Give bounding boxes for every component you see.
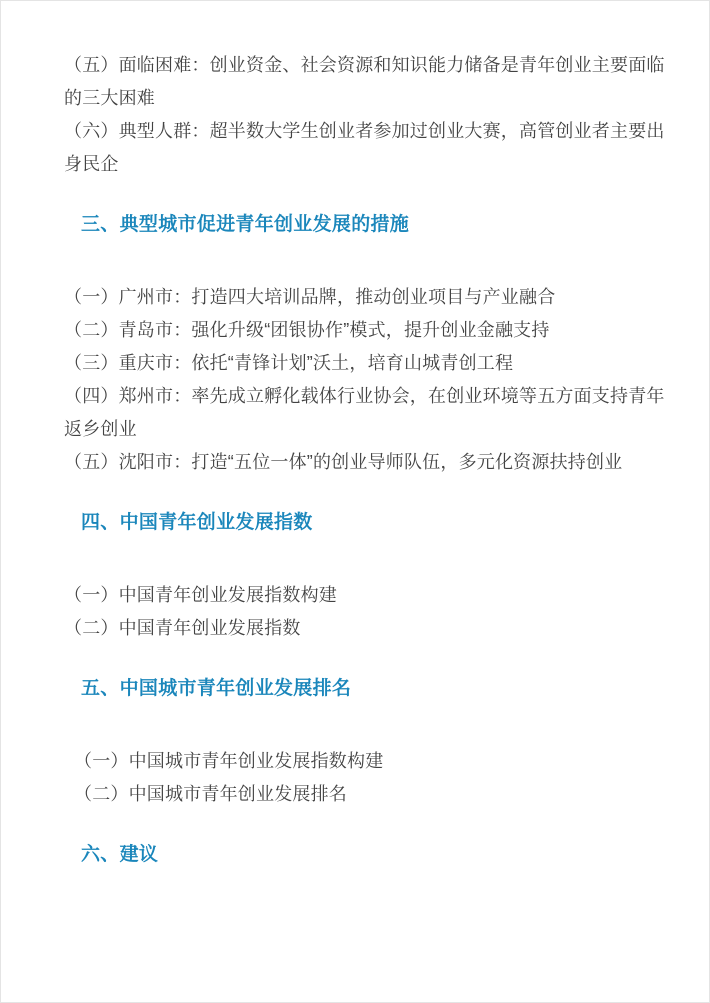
toc-item: （一）中国青年创业发展指数构建 bbox=[64, 579, 665, 612]
toc-item: （一）广州市：打造四大培训品牌，推动创业项目与产业融合 bbox=[64, 281, 665, 314]
toc-item: （五）沈阳市：打造“五位一体”的创业导师队伍，多元化资源扶持创业 bbox=[64, 446, 665, 479]
section-heading-6: 六、建议 bbox=[64, 841, 665, 869]
toc-item: （一）中国城市青年创业发展指数构建 bbox=[64, 745, 665, 778]
toc-content: （五）面临困难：创业资金、社会资源和知识能力储备是青年创业主要面临的三大困难 （… bbox=[1, 1, 709, 1002]
section-items-4: （一）中国青年创业发展指数构建 （二）中国青年创业发展指数 bbox=[64, 579, 665, 645]
toc-item: （二）青岛市：强化升级“团银协作”模式，提升创业金融支持 bbox=[64, 314, 665, 347]
toc-item: （二）中国青年创业发展指数 bbox=[64, 612, 665, 645]
section-items-3: （一）广州市：打造四大培训品牌，推动创业项目与产业融合 （二）青岛市：强化升级“… bbox=[64, 281, 665, 479]
toc-item: （二）中国城市青年创业发展排名 bbox=[64, 778, 665, 811]
document-page: （五）面临困难：创业资金、社会资源和知识能力储备是青年创业主要面临的三大困难 （… bbox=[0, 0, 710, 1003]
toc-item: （四）郑州市：率先成立孵化载体行业协会，在创业环境等五方面支持青年返乡创业 bbox=[64, 380, 665, 446]
section-heading-3: 三、典型城市促进青年创业发展的措施 bbox=[64, 211, 665, 239]
toc-intro-entry: （六）典型人群：超半数大学生创业者参加过创业大赛，高管创业者主要出身民企 bbox=[64, 115, 665, 181]
toc-intro-entry: （五）面临困难：创业资金、社会资源和知识能力储备是青年创业主要面临的三大困难 bbox=[64, 49, 665, 115]
section-heading-5: 五、中国城市青年创业发展排名 bbox=[64, 675, 665, 703]
toc-item: （三）重庆市：依托“青锋计划”沃土，培育山城青创工程 bbox=[64, 347, 665, 380]
section-items-5: （一）中国城市青年创业发展指数构建 （二）中国城市青年创业发展排名 bbox=[64, 745, 665, 811]
section-heading-4: 四、中国青年创业发展指数 bbox=[64, 509, 665, 537]
